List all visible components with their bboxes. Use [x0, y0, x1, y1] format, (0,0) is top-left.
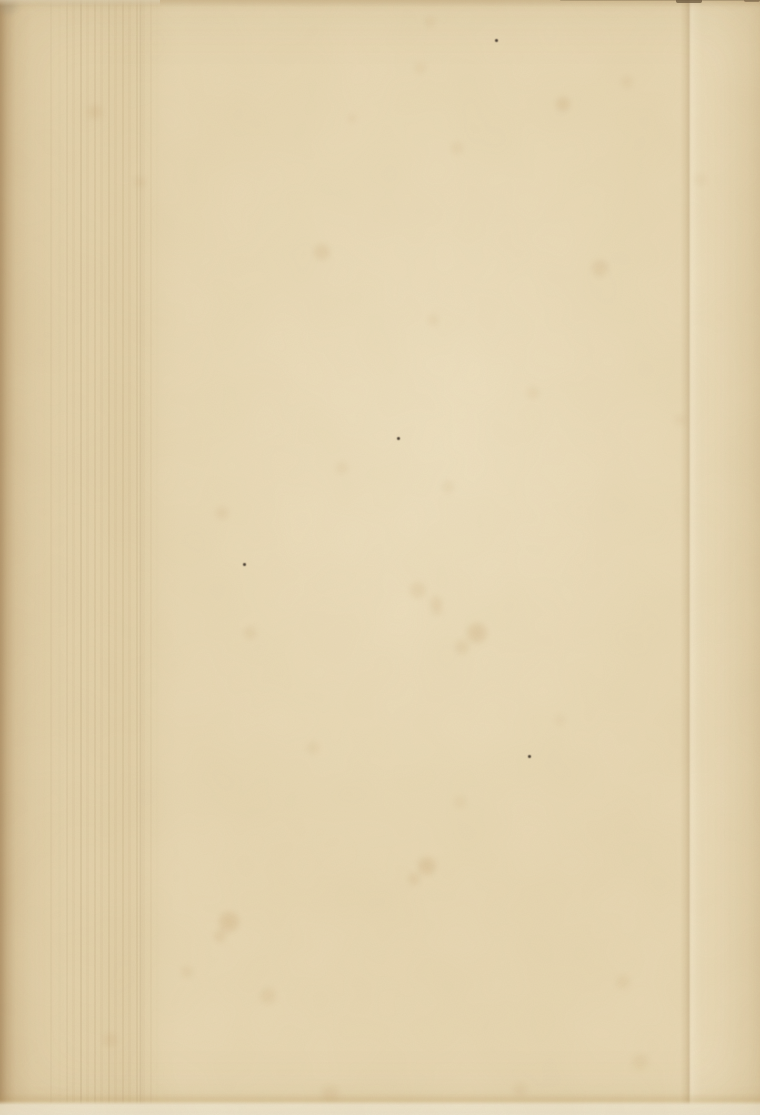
top-left-light-notch: [0, 0, 160, 6]
foxing-stain: [454, 639, 470, 655]
foxing-stain: [526, 386, 540, 400]
ink-speck: [397, 437, 400, 440]
foxing-stain: [674, 414, 686, 426]
foxing-stain: [218, 911, 240, 933]
foxing-stain: [441, 480, 455, 494]
foxing-stain: [466, 622, 488, 644]
gutter-shadow: [0, 0, 180, 1115]
foxing-stain: [306, 741, 320, 755]
foxing-stain: [450, 141, 464, 155]
foxing-stain: [213, 929, 227, 943]
crease-line: [139, 0, 142, 1115]
top-edge-fragment: [560, 0, 760, 1]
crease-line: [50, 0, 52, 1115]
book-page-scan: [0, 0, 760, 1115]
crease-line: [688, 0, 690, 1115]
crease-line: [80, 0, 82, 1115]
foxing-stain: [427, 314, 439, 326]
right-fold-crease: [680, 0, 702, 1115]
paper-grain-band: [52, 0, 162, 1115]
foxing-stain: [591, 259, 609, 277]
foxing-stain: [631, 1053, 649, 1071]
edge-vignette: [0, 0, 760, 1115]
right-margin-tone: [692, 0, 760, 1115]
foxing-stain: [424, 16, 436, 28]
foxing-stain: [414, 62, 426, 74]
foxing-stain: [693, 173, 707, 187]
ink-speck: [495, 39, 498, 42]
paper-grain-texture: [0, 0, 760, 1115]
ink-speck: [528, 755, 531, 758]
top-edge-fragment: [744, 0, 760, 2]
foxing-stain: [512, 1082, 528, 1098]
foxing-stain: [347, 113, 357, 123]
foxing-stain: [429, 595, 443, 609]
foxing-stain: [554, 714, 566, 726]
paper-surface: [0, 0, 760, 1115]
foxing-stain: [313, 243, 331, 261]
foxing-stain: [335, 461, 349, 475]
foxing-stain: [320, 1084, 340, 1104]
top-edge-fragment: [676, 0, 702, 3]
foxing-stain: [180, 965, 194, 979]
foxing-stain: [555, 96, 571, 112]
page-bottom-edge-strip: [0, 1093, 760, 1115]
foxing-stain: [453, 795, 467, 809]
foxing-stain: [243, 626, 257, 640]
top-edge-shade: [0, 0, 760, 7]
foxing-stain: [430, 603, 444, 617]
foxing-stain: [615, 974, 631, 990]
foxing-stain: [134, 176, 146, 188]
ink-speck: [243, 563, 246, 566]
foxing-stain: [620, 75, 634, 89]
foxing-stain: [409, 581, 427, 599]
foxing-stain: [102, 1032, 118, 1048]
grey-smudge: [0, 0, 19, 15]
foxing-stain: [407, 872, 421, 886]
foxing-stain: [215, 506, 229, 520]
foxing-stain: [417, 856, 437, 876]
foxing-stain: [87, 104, 103, 120]
foxing-stain: [259, 987, 277, 1005]
